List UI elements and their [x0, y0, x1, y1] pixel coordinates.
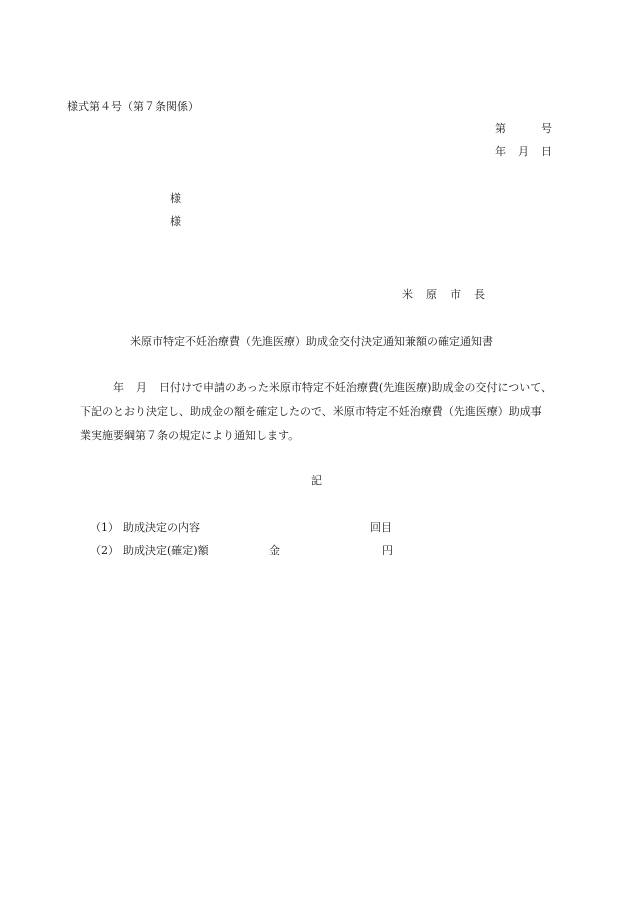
body-month-label: 月 — [136, 381, 147, 394]
form-number: 様式第４号（第７条関係） — [67, 100, 199, 114]
date-day-label: 日 — [541, 145, 552, 159]
item-label: 助成決定の内容 — [123, 521, 200, 535]
document-title: 米原市特定不妊治療費（先進医療）助成金交付決定通知兼額の確定通知書 — [130, 335, 493, 349]
issuer-name: 米原市長 — [402, 288, 498, 302]
date-year-label: 年 — [495, 145, 506, 159]
reference-number-prefix: 第 — [495, 122, 506, 136]
reference-number-suffix: 号 — [541, 122, 552, 136]
body-year-label: 年 — [113, 381, 124, 394]
item-decision-amount-unit: 円 — [382, 544, 393, 558]
item-label: 助成決定(確定)額 — [123, 544, 209, 558]
item-decision-amount-prefix: 金 — [269, 544, 280, 558]
item-number: （1） — [90, 521, 119, 535]
date-month-label: 月 — [518, 145, 529, 159]
ki-heading: 記 — [311, 474, 322, 488]
item-number: （2） — [90, 544, 119, 558]
body-paragraph-line-3: 業実施要綱第７条の規定により通知します。 — [80, 429, 299, 443]
addressee-honorific-1: 様 — [170, 192, 181, 206]
item-decision-content-unit: 回目 — [370, 521, 392, 535]
body-paragraph-line-1: 年月日付けで申請のあった米原市特定不妊治療費(先進医療)助成金の交付について、 — [80, 381, 552, 395]
body-paragraph-line-2: 下記のとおり決定し、助成金の額を確定したので、米原市特定不妊治療費（先進医療）助… — [80, 405, 542, 419]
body-line-1-text: 日付けで申請のあった米原市特定不妊治療費(先進医療)助成金の交付について、 — [159, 381, 552, 394]
addressee-honorific-2: 様 — [170, 215, 181, 229]
